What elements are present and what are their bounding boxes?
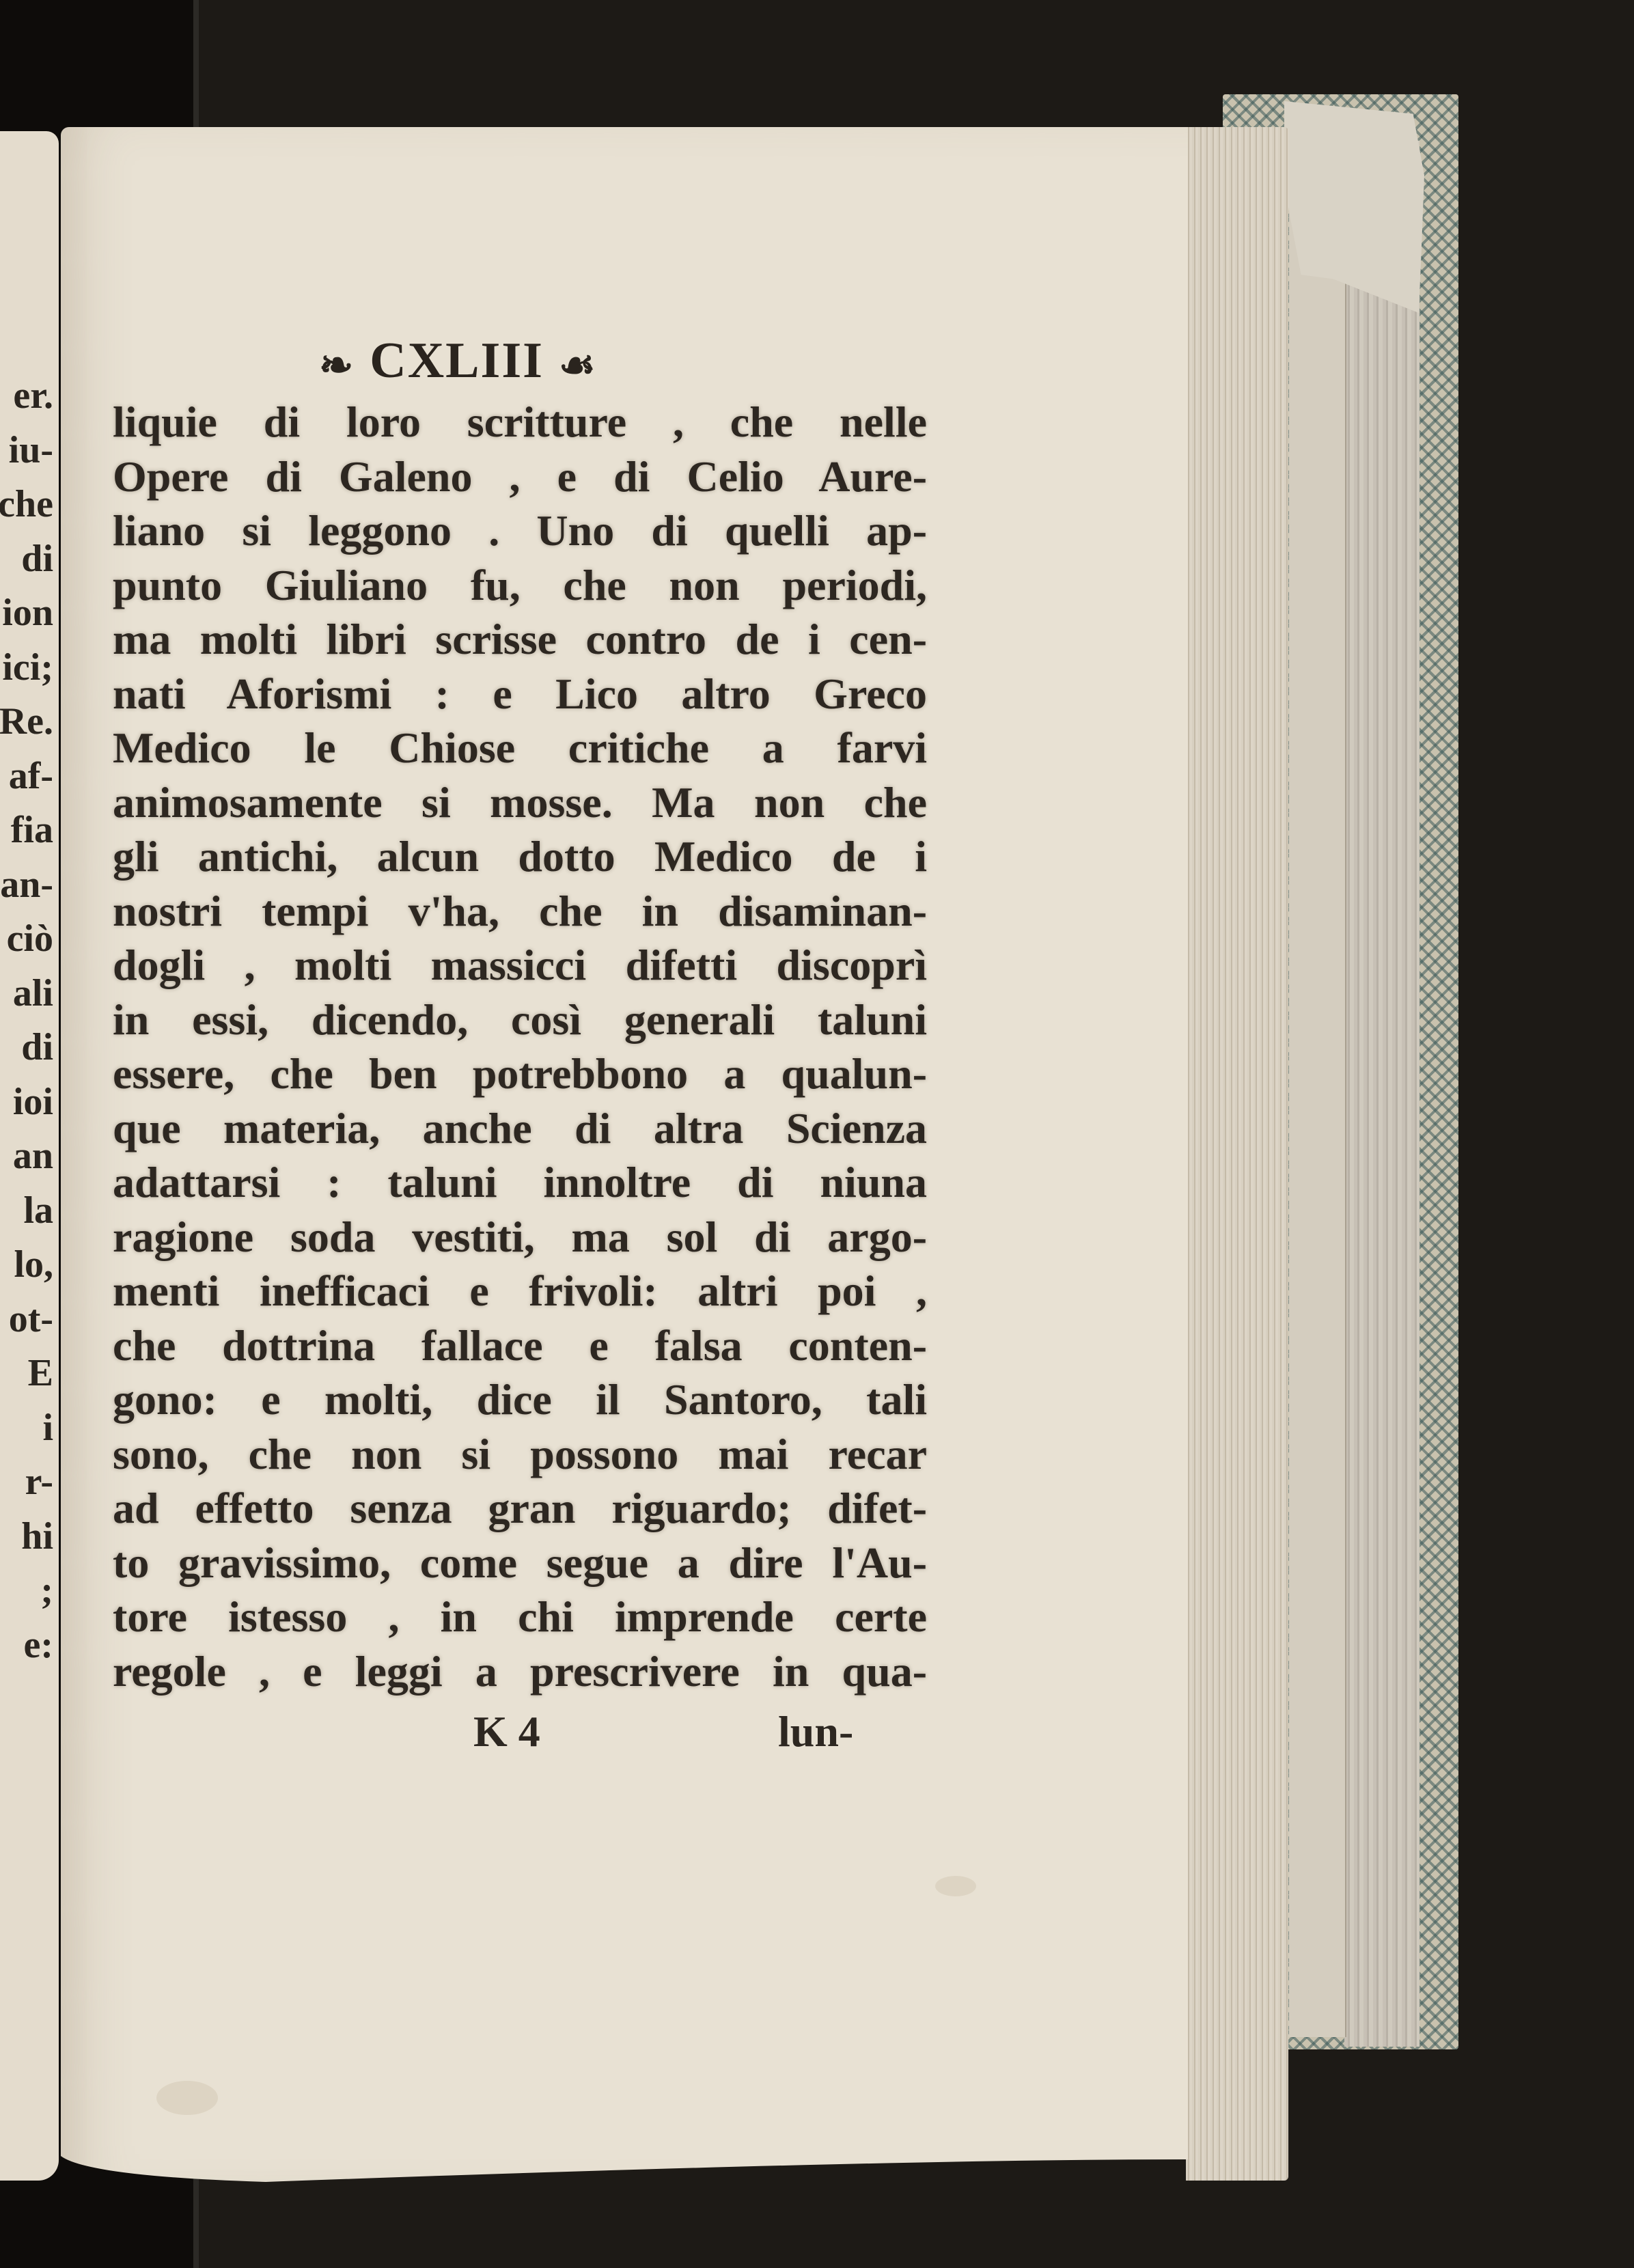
signature-mark: K 4 (473, 1706, 540, 1757)
text-line: dogli , molti massicci difetti discoprì (113, 938, 927, 993)
text-line: menti inefficaci e frivoli: altri poi , (113, 1264, 927, 1318)
text-line: liano si leggono . Uno di quelli ap- (113, 503, 927, 558)
text-line: punto Giuliano fu, che non periodi, (113, 558, 927, 613)
page-edges-stack (1186, 127, 1288, 2181)
text-line: essere, che ben potrebbono a qualun- (113, 1047, 927, 1101)
running-head: ❧CXLIII☙ (61, 332, 1188, 390)
text-line: ma molti libri scrisse contro de i cen- (113, 612, 927, 667)
fragment-line: di (0, 1021, 53, 1075)
fragment-line: ion (0, 586, 53, 641)
text-line: sono, che non si possono mai recar (113, 1427, 927, 1482)
fragment-line: ot- (0, 1292, 53, 1347)
text-line: adattarsi : taluni innoltre di niuna (113, 1155, 927, 1210)
text-line: Opere di Galeno , e di Celio Aure- (113, 450, 927, 504)
text-line: liquie di loro scritture , che nelle (113, 395, 927, 450)
text-line: gono: e molti, dice il Santoro, tali (113, 1372, 927, 1427)
text-line: che dottrina fallace e falsa conten- (113, 1318, 927, 1373)
fragment-line: e: (0, 1618, 53, 1673)
fragment-line: E (0, 1346, 53, 1401)
text-line: to gravissimo, come segue a dire l'Au- (113, 1536, 927, 1590)
fragment-line: ioi (0, 1075, 53, 1130)
text-line: regole , e leggi a prescrivere in qua- (113, 1644, 927, 1699)
book-flyleaf (1289, 137, 1346, 2037)
book-leaves-back (1344, 141, 1420, 2047)
fragment-line: an- (0, 858, 53, 913)
text-line: ad effetto senza gran riguardo; difet- (113, 1481, 927, 1536)
page-number-roman: CXLIII (370, 333, 544, 389)
fragment-line: ali (0, 967, 53, 1021)
book-page: ❧CXLIII☙ liquie di loro scritture , che … (61, 127, 1188, 2182)
fragment-line: iu- (0, 424, 53, 478)
fragment-line: an (0, 1129, 53, 1184)
text-line: ragione soda vestiti, ma sol di argo- (113, 1210, 927, 1264)
text-line: nati Aforismi : e Lico altro Greco (113, 667, 927, 721)
fragment-line: er. (0, 369, 53, 424)
previous-page-line-fragments: er. iu- che di ion ici; Re. af- fia an- … (0, 369, 53, 1672)
fragment-line: la (0, 1184, 53, 1239)
fragment-line: lo, (0, 1238, 53, 1292)
fragment-line: r- (0, 1455, 53, 1510)
fragment-line: ciò (0, 912, 53, 967)
fleuron-left-icon: ❧ (319, 342, 355, 389)
fragment-line: ici; (0, 641, 53, 695)
fragment-line: af- (0, 749, 53, 804)
catchword: lun- (778, 1706, 853, 1757)
fragment-line: che (0, 478, 53, 532)
fragment-line: Re. (0, 695, 53, 749)
paper-stain (156, 2081, 218, 2115)
text-line: que materia, anche di altra Scienza (113, 1101, 927, 1156)
text-line: nostri tempi v'ha, che in disaminan- (113, 884, 927, 939)
previous-page-sliver: er. iu- che di ion ici; Re. af- fia an- … (0, 131, 59, 2181)
fragment-line: hi (0, 1510, 53, 1564)
fragment-line: ; (0, 1564, 53, 1618)
text-line: tore istesso , in chi imprende certe (113, 1590, 927, 1644)
text-line: Medico le Chiose critiche a farvi (113, 721, 927, 775)
fleuron-right-icon: ☙ (559, 342, 597, 389)
fragment-line: di (0, 532, 53, 587)
body-text: liquie di loro scritture , che nelle Ope… (113, 395, 927, 1698)
text-line: gli antichi, alcun dotto Medico de i (113, 829, 927, 884)
text-line: in essi, dicendo, così generali taluni (113, 993, 927, 1047)
fragment-line: fia (0, 803, 53, 858)
paper-stain (935, 1876, 976, 1896)
fragment-line: i (0, 1401, 53, 1456)
text-line: animosamente si mosse. Ma non che (113, 775, 927, 830)
